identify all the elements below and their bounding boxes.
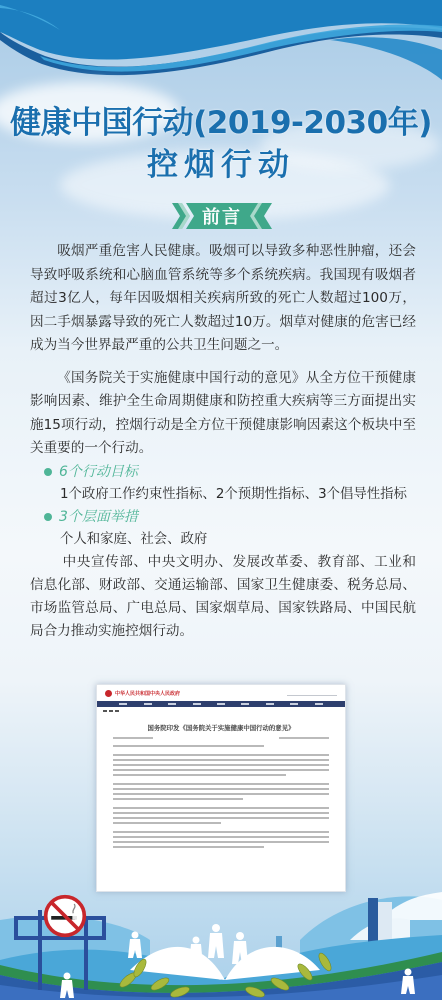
bullet-heading-text: 3个层面举措 — [59, 506, 138, 528]
doc-breadcrumb — [103, 710, 339, 717]
no-smoking-icon — [42, 893, 88, 939]
doc-search-box — [287, 690, 337, 696]
title-block: 健康中国行动(2019-2030年) 控烟行动 — [0, 103, 442, 185]
bullet-dot-icon — [44, 513, 52, 521]
doc-topbar: 中华人民共和国中央人民政府 — [97, 685, 345, 701]
section-banner-label: 前言 — [202, 203, 242, 229]
bullet-body-measures: 个人和家庭、社会、政府 — [60, 528, 416, 551]
doc-navbar — [97, 701, 345, 707]
departments-paragraph: 中央宣传部、中央文明办、发展改革委、教育部、工业和信息化部、财政部、交通运输部、… — [30, 551, 416, 643]
bullet-heading-measures: 3个层面举措 — [44, 506, 416, 528]
bullet-heading-goals: 6个行动目标 — [44, 461, 416, 483]
doc-body-text — [113, 745, 329, 848]
header-wave-decoration — [0, 0, 442, 90]
national-emblem-icon — [105, 690, 112, 697]
intro-paragraph: 吸烟严重危害人民健康。吸烟可以导致多种恶性肿瘤，还会导致呼吸系统和心脑血管系统等… — [30, 240, 416, 358]
bullet-dot-icon — [44, 468, 52, 476]
doc-headline: 国务院印发《国务院关于实施健康中国行动的意见》 — [97, 723, 345, 732]
content-body: 吸烟严重危害人民健康。吸烟可以导致多种恶性肿瘤，还会导致呼吸系统和心脑血管系统等… — [30, 240, 416, 643]
page-subtitle: 控烟行动 — [0, 145, 442, 185]
policy-paragraph: 《国务院关于实施健康中国行动的意见》从全方位干预健康影响因素、维护全生命周期健康… — [30, 367, 416, 461]
bullet-heading-text: 6个行动目标 — [59, 461, 138, 483]
poster: 健康中国行动(2019-2030年) 控烟行动 前言 吸烟严重危害人民健康。吸烟… — [0, 0, 442, 1000]
document-screenshot: 中华人民共和国中央人民政府 国务院印发《国务院关于实施健康中国行动的意见》 — [96, 684, 346, 892]
doc-logo: 中华人民共和国中央人民政府 — [105, 690, 180, 697]
bullet-body-goals: 1个政府工作约束性指标、2个预期性指标、3个倡导性指标 — [60, 483, 416, 506]
doc-meta — [113, 737, 329, 739]
section-banner-foreword: 前言 — [172, 201, 272, 231]
doc-site-name: 中华人民共和国中央人民政府 — [115, 690, 180, 697]
page-title: 健康中国行动(2019-2030年) — [0, 103, 442, 143]
